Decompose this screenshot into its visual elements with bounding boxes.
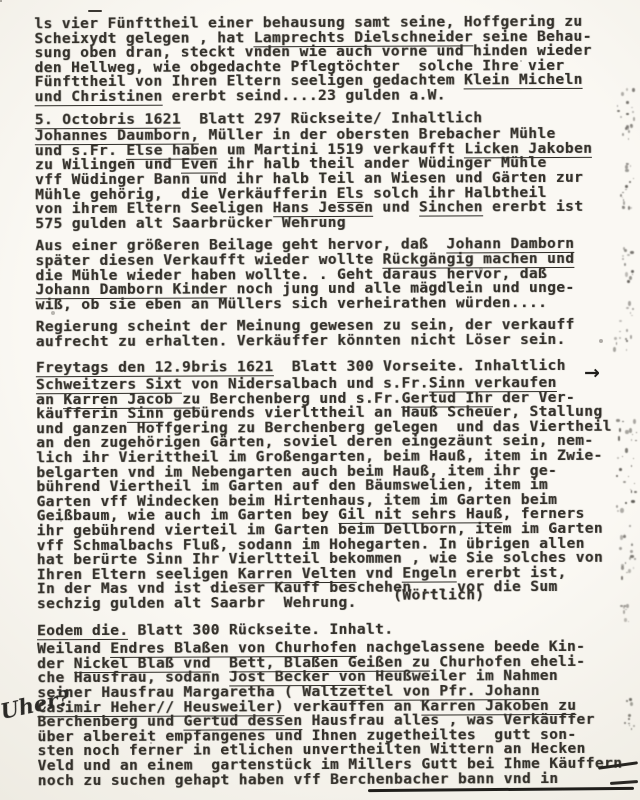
text-segment: und <box>373 199 419 216</box>
paragraph: Johannes Daumborn, Müller in der oberste… <box>35 127 619 232</box>
text-line: Eodem die. Blatt 300 Rückseite. Inhalt. <box>37 621 621 638</box>
paragraph: Schweitzers Sixt von Nidersalbach und s.… <box>36 376 621 612</box>
ink-smudge <box>622 698 636 732</box>
text-line: und Christinen ererbt seind....23 gulden… <box>35 88 619 105</box>
text-segment: Blatt 300 Rückseite. Inhalt. <box>128 620 393 638</box>
paper-specks <box>0 0 2 2</box>
text-segment: wiß, ob sie eben an Müllers sich verheir… <box>36 294 548 313</box>
underlined-text: und Christinen <box>35 88 163 107</box>
ink-smudge <box>619 162 635 220</box>
underlined-text: Eodem die. <box>37 621 128 639</box>
underlined-text: Klein Micheln <box>464 71 583 90</box>
text-line: noch zu suchen gehapt haben vff Berchenb… <box>38 771 622 788</box>
paragraph: Aus einer größeren Beilage geht hervor, … <box>35 237 619 313</box>
text-segment: Blatt 300 Vorseite. Inhaltlich <box>273 357 565 375</box>
document-body: ls vier Fünfttheil einer behausung samt … <box>34 15 621 797</box>
scanned-page: ls vier Fünfttheil einer behausung samt … <box>0 0 640 800</box>
text-segment: (Wörtlich) <box>393 588 484 603</box>
ink-dash-top <box>88 10 102 12</box>
text-line: aufrecht zu erhalten. Verkäuffer könnten… <box>36 333 620 350</box>
ink-smudge <box>613 300 635 352</box>
section-heading: Eodem die. Blatt 300 Rückseite. Inhalt. <box>37 621 621 638</box>
text-segment: sechzig gulden alt Saarbr Wehrung. <box>37 594 393 613</box>
paragraph: Weiland Endres Blaßen von Churhofen nach… <box>37 640 622 788</box>
text-segment: ererbt seind....23 gulden a.W. <box>163 86 446 104</box>
text-segment: ererbt ist <box>483 198 584 215</box>
underlined-text: Sinchen <box>419 198 483 216</box>
ink-smudge <box>616 86 636 148</box>
ink-dash-right-2 <box>610 780 638 785</box>
ink-smudge <box>615 418 637 514</box>
text-segment: aufrecht zu erhalten. Verkäuffer könnten… <box>36 331 566 350</box>
text-line: sechzig gulden alt Saarbr Wehrung. (Wört… <box>37 595 621 612</box>
text-segment: noch zu suchen gehapt haben vff Berchenb… <box>38 769 559 788</box>
ink-smudge <box>620 600 634 626</box>
paragraph: Regierung scheint der Meinung gewesen zu… <box>36 318 620 350</box>
text-line: wiß, ob sie eben an Müllers sich verheir… <box>36 295 620 312</box>
paragraph: ls vier Fünfttheil einer behausung samt … <box>34 15 618 105</box>
ink-smudge <box>621 246 634 286</box>
text-segment: Blatt 297 Rückseite/ Inhaltlich <box>181 109 483 127</box>
text-segment: 575 gulden alt Saarbrücker Wehrung <box>35 214 346 232</box>
ink-smudge <box>619 520 636 580</box>
pen-arrow-mark: → <box>584 362 600 384</box>
text-line: 575 gulden alt Saarbrücker Wehrung <box>35 214 619 231</box>
